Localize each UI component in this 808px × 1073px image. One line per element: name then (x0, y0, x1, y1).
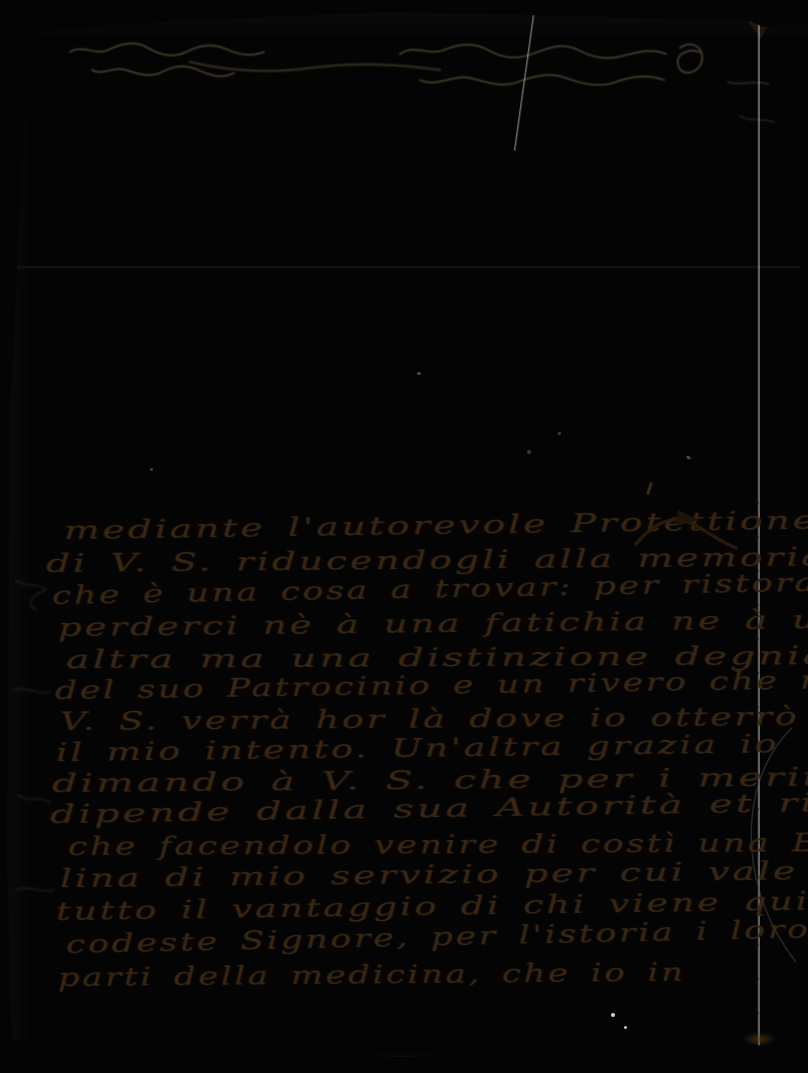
manuscript-page: mediante l'autorevole Protettione di V. … (0, 0, 808, 1073)
ink-flourish (632, 508, 742, 554)
scan-background: mediante l'autorevole Protettione di V. … (0, 0, 808, 1073)
letter-line: parti della medicina, che io in (58, 958, 686, 995)
